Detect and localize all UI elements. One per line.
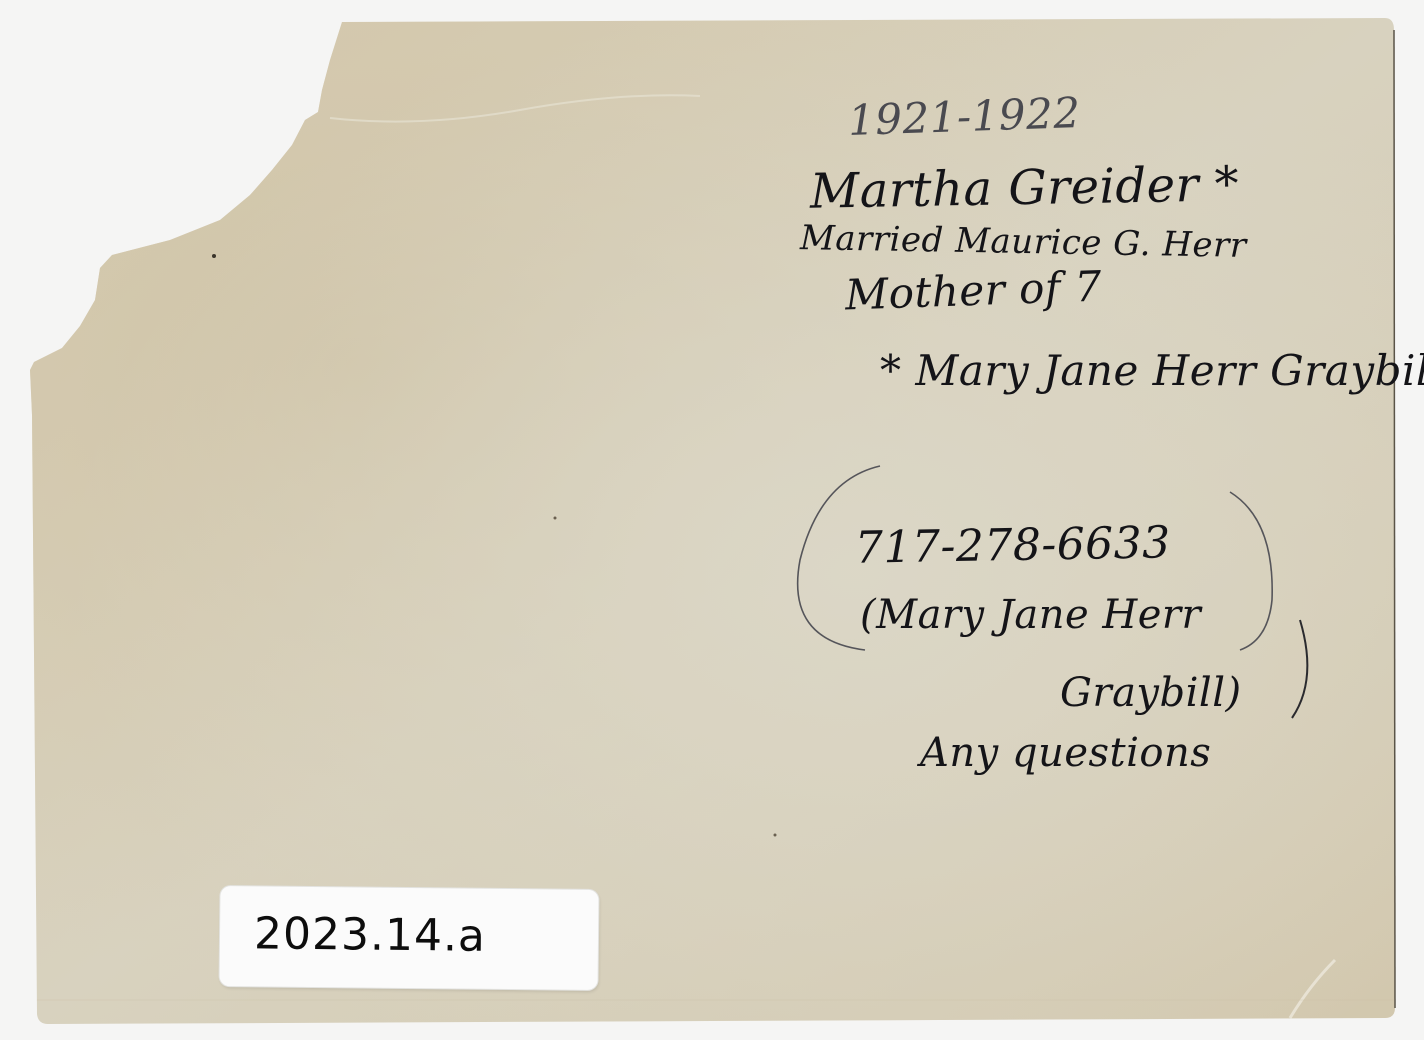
contact-name-line1: (Mary Jane Herr — [860, 592, 1201, 638]
any-questions-note: Any questions — [920, 730, 1211, 776]
phone-number-note: 717-278-6633 — [855, 517, 1172, 574]
contact-name-line2: Graybill) — [1060, 670, 1242, 716]
accession-number: 2023.14.a — [254, 908, 486, 961]
pencil-bracket-curves — [0, 0, 1424, 1040]
accession-label: 2023.14.a — [219, 886, 598, 990]
photo-back-paper: 1921-1922 Martha Greider * Married Mauri… — [0, 0, 1424, 1040]
